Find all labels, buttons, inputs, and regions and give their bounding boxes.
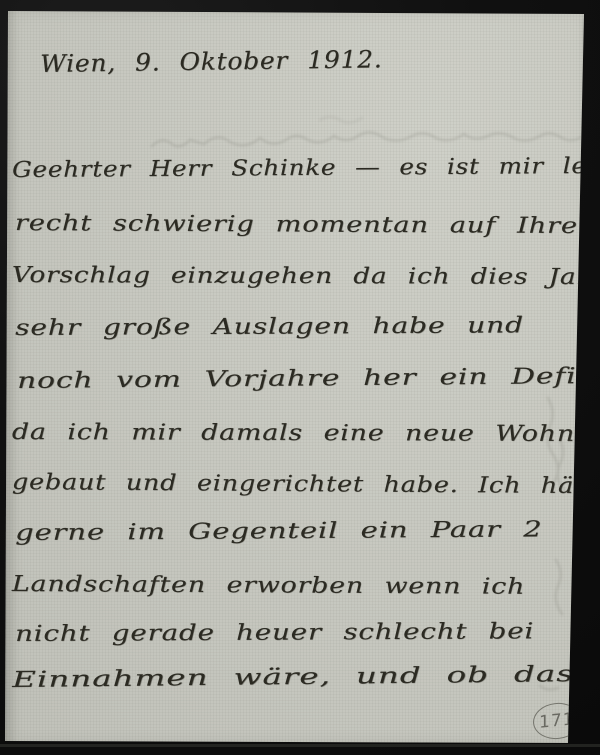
page-number-oval: 171 [531, 701, 583, 742]
handwriting-line-11: Einnahmen wäre, und ob dasselbe [12, 661, 600, 694]
handwriting-dateline: Wien, 9. Oktober 1912. [40, 45, 383, 79]
letter-paper: Wien, 9. Oktober 1912. Geehrter Herr Sch… [0, 0, 600, 755]
handwriting-line-6: da ich mir damals eine neue Wohnung [12, 420, 600, 449]
handwriting-line-7: gebaut und eingerichtet habe. Ich hätte [12, 470, 600, 501]
handwriting-line-8: gerne im Gegenteil ein Paar 2 [15, 517, 543, 547]
handwriting-line-9: Landschaften erworben wenn ich [12, 572, 525, 601]
scanned-letter-frame: Wien, 9. Oktober 1912. Geehrter Herr Sch… [0, 0, 600, 755]
handwriting-line-2: recht schwierig momentan auf Ihren [15, 211, 596, 240]
handwriting-line-4: sehr große Auslagen habe und [15, 313, 524, 342]
handwriting-line-10: nicht gerade heuer schlecht bei [15, 619, 534, 648]
handwriting-line-1: Geehrter Herr Schinke — es ist mir leide… [12, 154, 600, 185]
handwriting-line-5: noch vom Vorjahre her ein Defizit- [17, 364, 600, 396]
handwriting-line-3: Vorschlag einzugehen da ich dies Jahr [12, 263, 600, 291]
page-number-annotation: 171 [539, 709, 574, 733]
